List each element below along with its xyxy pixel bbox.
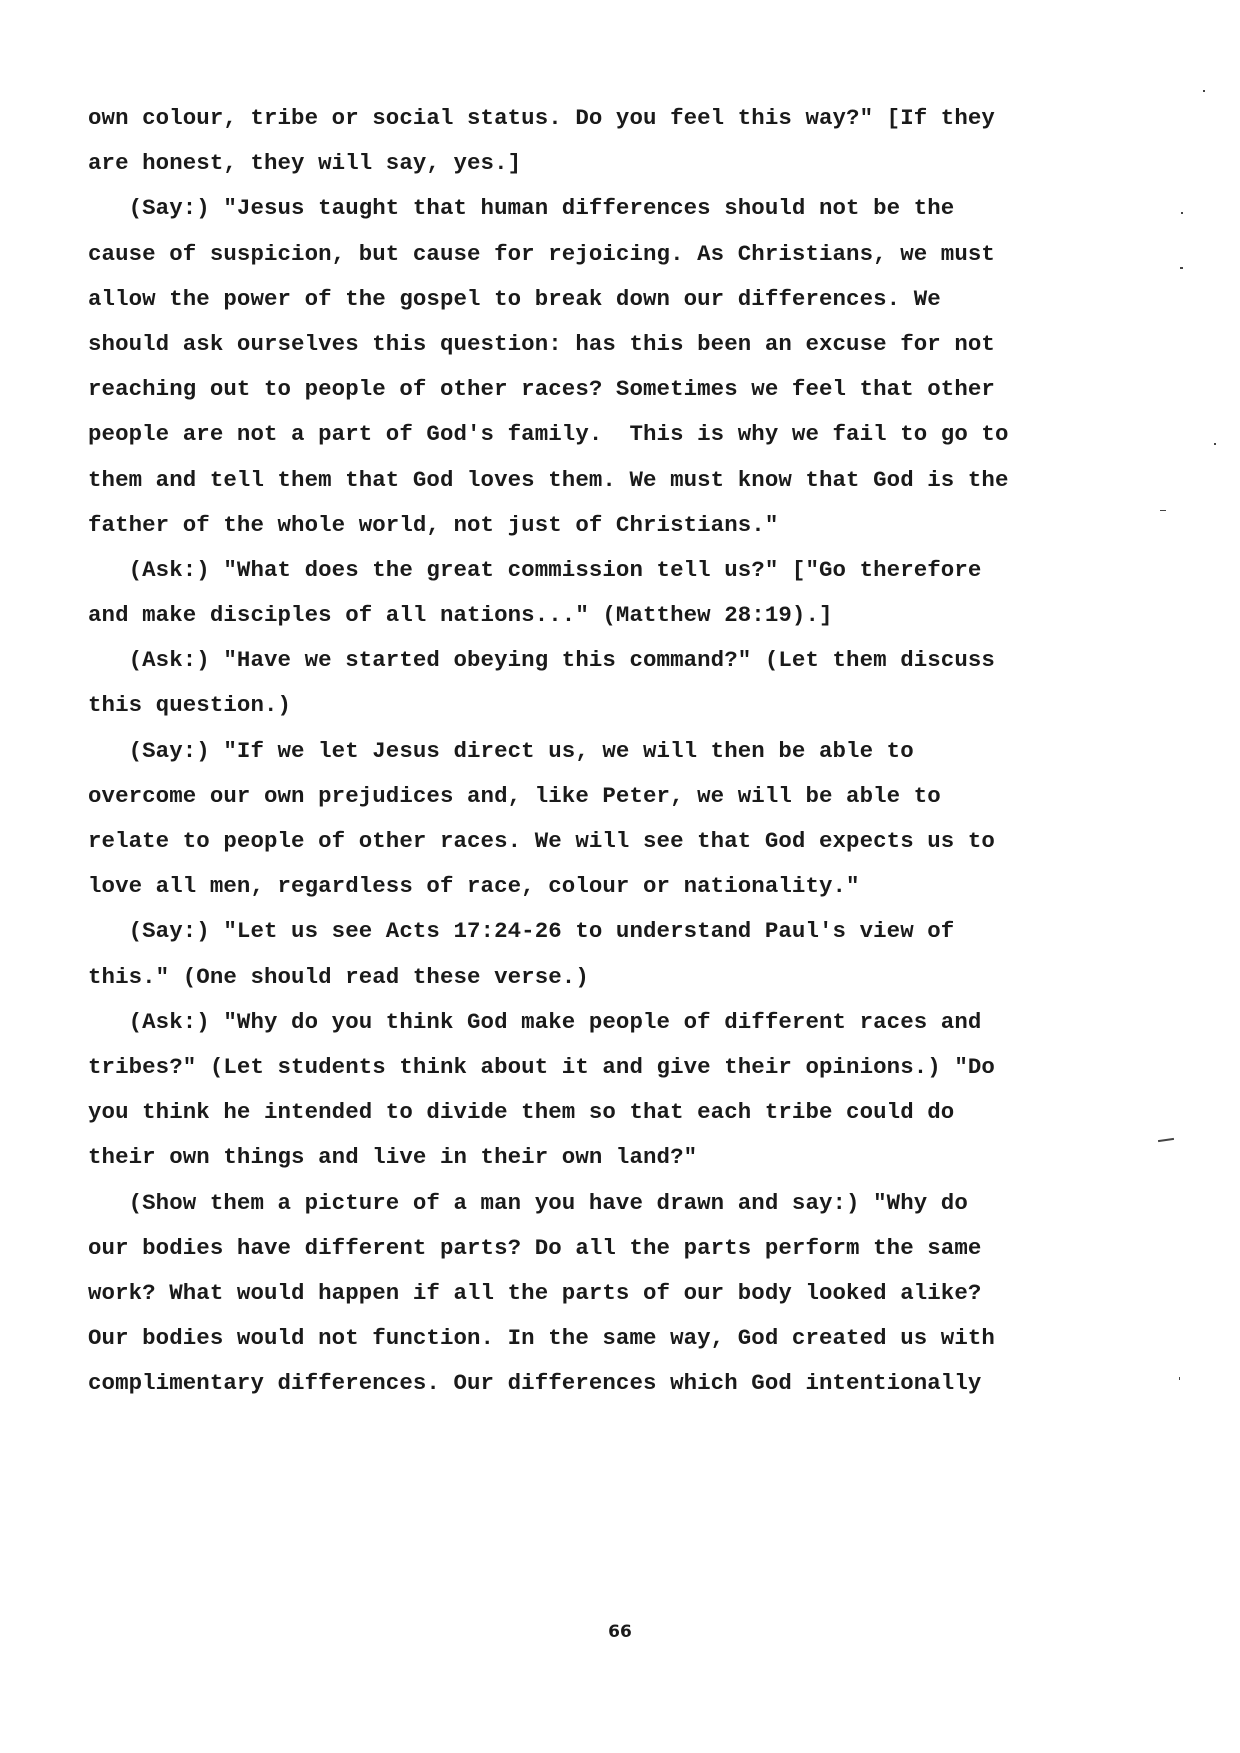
scan-speck (1158, 1138, 1174, 1142)
text-line: (Ask:) "What does the great commission t… (88, 548, 1148, 593)
text-line: allow the power of the gospel to break d… (88, 277, 1148, 322)
scan-speck (1160, 510, 1166, 511)
document-page: own colour, tribe or social status. Do y… (0, 0, 1240, 1753)
text-line: (Show them a picture of a man you have d… (88, 1181, 1148, 1226)
text-line: (Say:) "Let us see Acts 17:24-26 to unde… (88, 909, 1148, 954)
text-line: this." (One should read these verse.) (88, 955, 1148, 1000)
scan-speck (1180, 267, 1183, 269)
text-line: love all men, regardless of race, colour… (88, 864, 1148, 909)
text-line: work? What would happen if all the parts… (88, 1271, 1148, 1316)
text-line: cause of suspicion, but cause for rejoic… (88, 232, 1148, 277)
scan-speck (1181, 212, 1183, 214)
text-line: people are not a part of God's family. T… (88, 412, 1148, 457)
text-line: and make disciples of all nations..." (M… (88, 593, 1148, 638)
text-line: (Ask:) "Why do you think God make people… (88, 1000, 1148, 1045)
text-line: (Say:) "If we let Jesus direct us, we wi… (88, 729, 1148, 774)
body-text: own colour, tribe or social status. Do y… (88, 96, 1148, 1406)
text-line: should ask ourselves this question: has … (88, 322, 1148, 367)
text-line: their own things and live in their own l… (88, 1135, 1148, 1180)
text-line: tribes?" (Let students think about it an… (88, 1045, 1148, 1090)
text-line: father of the whole world, not just of C… (88, 503, 1148, 548)
text-line: overcome our own prejudices and, like Pe… (88, 774, 1148, 819)
scan-speck (1214, 443, 1216, 445)
text-line: this question.) (88, 683, 1148, 728)
text-line: complimentary differences. Our differenc… (88, 1361, 1148, 1406)
text-line: relate to people of other races. We will… (88, 819, 1148, 864)
text-line: them and tell them that God loves them. … (88, 458, 1148, 503)
text-line: are honest, they will say, yes.] (88, 141, 1148, 186)
scan-speck (1179, 1377, 1180, 1380)
text-line: (Ask:) "Have we started obeying this com… (88, 638, 1148, 683)
scan-speck (1203, 90, 1205, 92)
text-line: own colour, tribe or social status. Do y… (88, 96, 1148, 141)
text-line: our bodies have different parts? Do all … (88, 1226, 1148, 1271)
text-line: Our bodies would not function. In the sa… (88, 1316, 1148, 1361)
text-line: reaching out to people of other races? S… (88, 367, 1148, 412)
text-line: you think he intended to divide them so … (88, 1090, 1148, 1135)
page-number: 66 (0, 1622, 1240, 1642)
text-line: (Say:) "Jesus taught that human differen… (88, 186, 1148, 231)
